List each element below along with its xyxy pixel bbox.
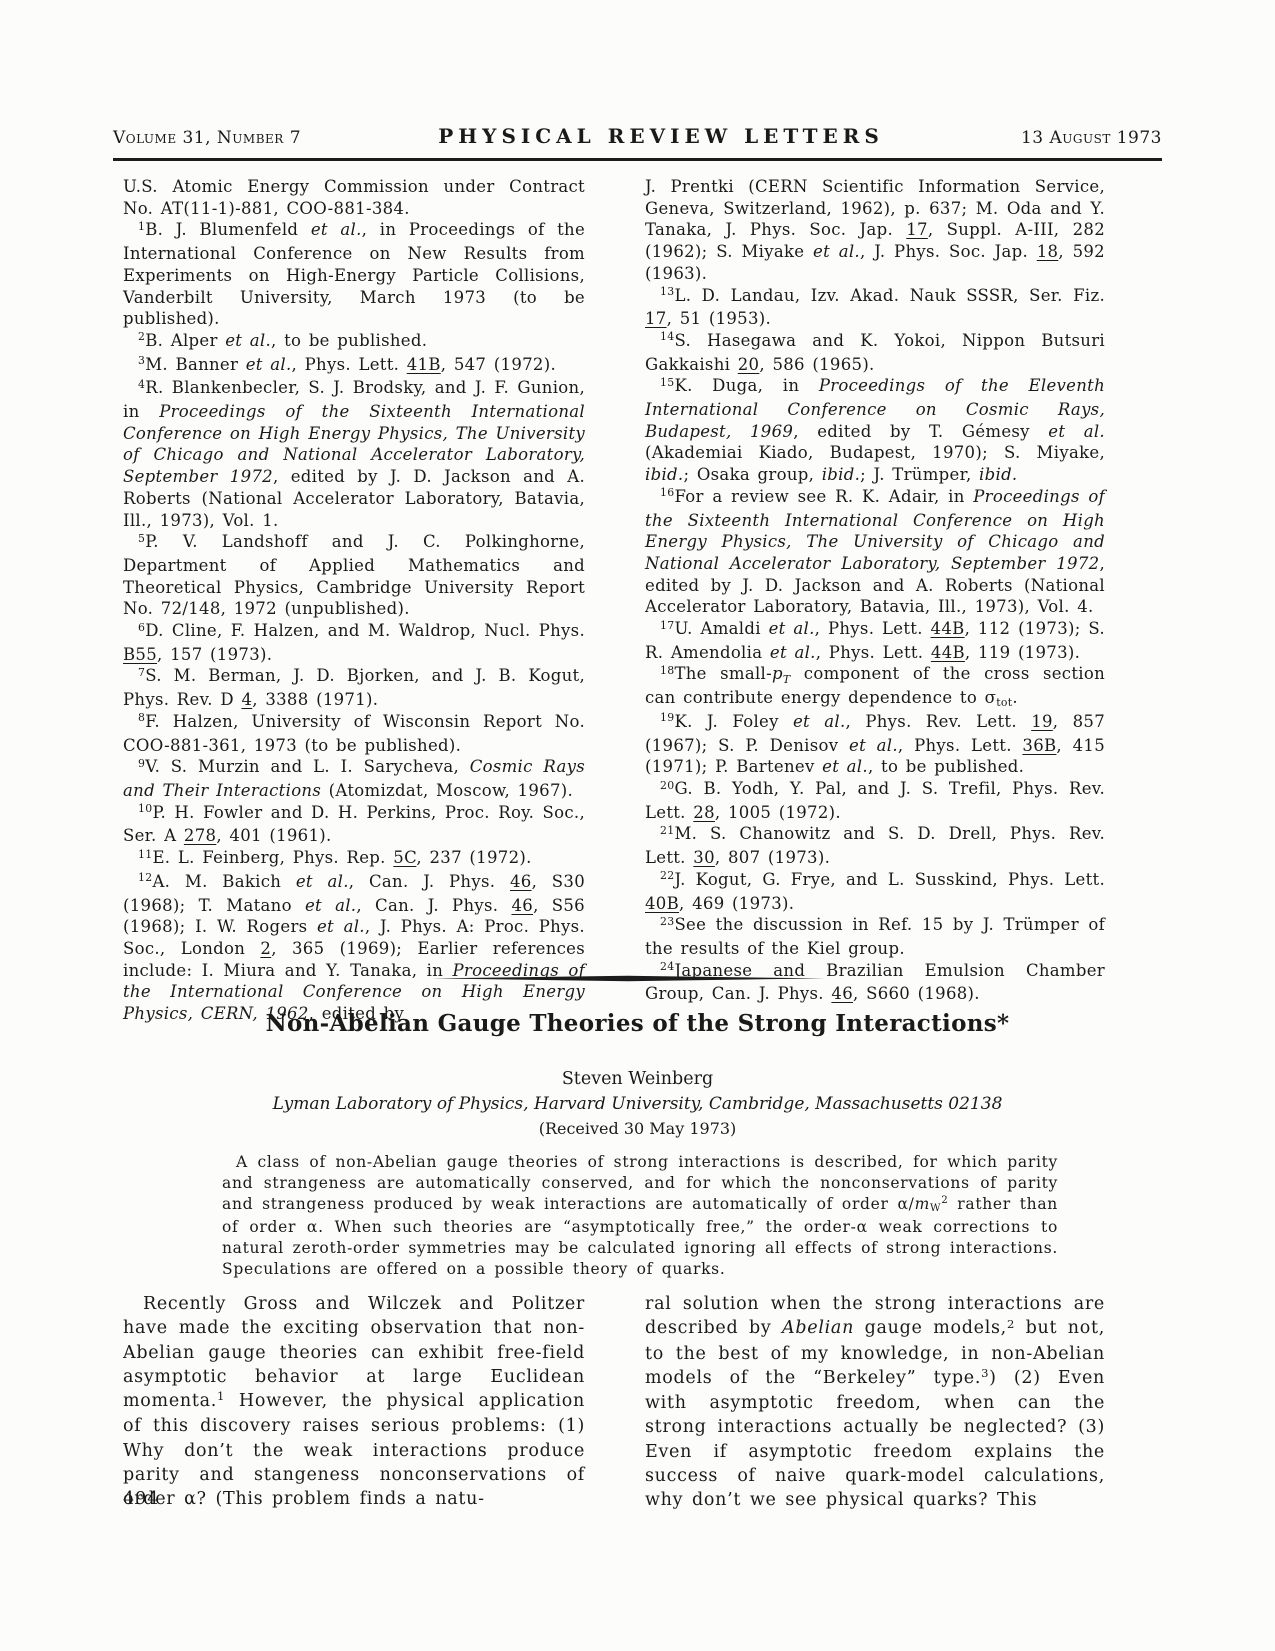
references-column-left: U.S. Atomic Energy Commission under Cont… <box>123 176 585 1025</box>
reference-item: 11E. L. Feinberg, Phys. Rep. 5C, 237 (19… <box>123 847 585 871</box>
reference-item: 7S. M. Berman, J. D. Bjorken, and J. B. … <box>123 665 585 710</box>
reference-item: 16For a review see R. K. Adair, in Proce… <box>645 486 1105 618</box>
abstract-paragraph: A class of non-Abelian gauge theories of… <box>222 1152 1058 1280</box>
reference-item: U.S. Atomic Energy Commission under Cont… <box>123 176 585 219</box>
reference-item: 15K. Duga, in Proceedings of the Elevent… <box>645 375 1105 486</box>
reference-item: 12A. M. Bakich et al., Can. J. Phys. 46,… <box>123 871 585 1025</box>
reference-item: 20G. B. Yodh, Y. Pal, and J. S. Trefil, … <box>645 778 1105 823</box>
article-author: Steven Weinberg <box>113 1069 1162 1089</box>
body-column-right: ral solution when the strong interaction… <box>645 1292 1105 1513</box>
reference-item: 17U. Amaldi et al., Phys. Lett. 44B, 112… <box>645 618 1105 663</box>
reference-item: 9V. S. Murzin and L. I. Sarycheva, Cosmi… <box>123 756 585 801</box>
reference-item: 4R. Blankenbecler, S. J. Brodsky, and J.… <box>123 377 585 531</box>
reference-item: 22J. Kogut, G. Frye, and L. Susskind, Ph… <box>645 869 1105 914</box>
reference-item: 18The small-pT component of the cross se… <box>645 663 1105 710</box>
reference-item: 23See the discussion in Ref. 15 by J. Tr… <box>645 914 1105 959</box>
reference-item: 21M. S. Chanowitz and S. D. Drell, Phys.… <box>645 823 1105 868</box>
header-rule <box>113 158 1162 161</box>
journal-page: Volume 31, Number 7 PHYSICAL REVIEW LETT… <box>0 0 1275 1651</box>
volume-label: Volume 31, Number 7 <box>113 128 301 148</box>
reference-item: 3M. Banner et al., Phys. Lett. 41B, 547 … <box>123 354 585 378</box>
reference-item: 2B. Alper et al., to be published. <box>123 330 585 354</box>
issue-date: 13 August 1973 <box>1021 128 1162 148</box>
reference-item: 13L. D. Landau, Izv. Akad. Nauk SSSR, Se… <box>645 285 1105 330</box>
reference-item: 14S. Hasegawa and K. Yokoi, Nippon Butsu… <box>645 330 1105 375</box>
reference-item: 8F. Halzen, University of Wisconsin Repo… <box>123 711 585 756</box>
body-paragraph: Recently Gross and Wilczek and Politzer … <box>123 1292 585 1512</box>
article-received-date: (Received 30 May 1973) <box>113 1119 1162 1138</box>
article-affiliation: Lyman Laboratory of Physics, Harvard Uni… <box>113 1094 1162 1114</box>
reference-item: 10P. H. Fowler and D. H. Perkins, Proc. … <box>123 802 585 847</box>
journal-header: Volume 31, Number 7 PHYSICAL REVIEW LETT… <box>113 124 1162 148</box>
body-column-left: Recently Gross and Wilczek and Politzer … <box>123 1292 585 1512</box>
reference-item: 6D. Cline, F. Halzen, and M. Waldrop, Nu… <box>123 620 585 665</box>
section-divider-rule <box>432 968 825 976</box>
reference-item: 19K. J. Foley et al., Phys. Rev. Lett. 1… <box>645 711 1105 778</box>
reference-item: J. Prentki (CERN Scientific Information … <box>645 176 1105 285</box>
reference-item: 5P. V. Landshoff and J. C. Polkinghorne,… <box>123 531 585 620</box>
references-column-right: J. Prentki (CERN Scientific Information … <box>645 176 1105 1005</box>
reference-item: 1B. J. Blumenfeld et al., in Proceedings… <box>123 219 585 330</box>
body-paragraph: ral solution when the strong interaction… <box>645 1292 1105 1513</box>
page-number: 494 <box>123 1489 159 1509</box>
article-title: Non-Abelian Gauge Theories of the Strong… <box>113 1010 1162 1037</box>
journal-title: PHYSICAL REVIEW LETTERS <box>438 124 884 148</box>
article-abstract: A class of non-Abelian gauge theories of… <box>222 1152 1058 1280</box>
